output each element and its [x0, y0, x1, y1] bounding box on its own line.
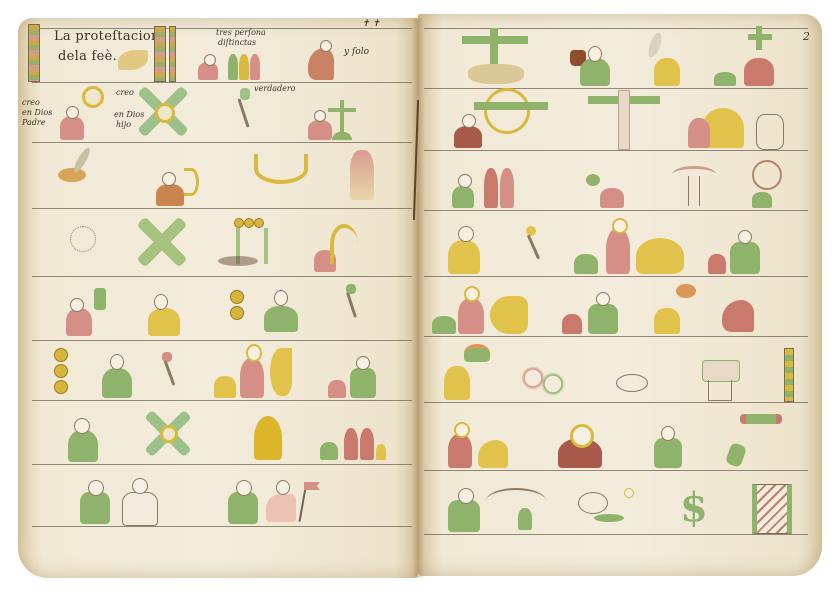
coin-icon — [230, 290, 244, 304]
torch-handle — [237, 98, 249, 127]
decorative-border-icon — [784, 348, 794, 402]
ruling-line — [32, 208, 412, 209]
flower-bouquet-icon — [518, 366, 568, 396]
flowered-vessel-icon — [702, 360, 740, 382]
host-icon — [160, 425, 178, 443]
ruling-line — [32, 400, 412, 401]
moon-figure-icon — [270, 348, 292, 396]
flowers-icon — [70, 226, 96, 252]
banner-flag — [304, 482, 320, 490]
flower-bud-icon — [244, 218, 254, 228]
figure-head — [274, 290, 288, 306]
serpent-on-cross-icon: $ — [680, 486, 708, 530]
kneeling-figure-icon — [454, 126, 482, 148]
cross-base — [332, 132, 352, 140]
saint-with-palm-icon — [350, 150, 374, 200]
ruling-line — [32, 526, 412, 527]
ruling-line — [32, 82, 412, 83]
yellow-tomb-icon — [254, 416, 282, 460]
pink-figure-icon — [484, 168, 498, 208]
figure-head — [74, 418, 90, 434]
ruling-line — [424, 88, 808, 89]
decorative-border-icon — [28, 24, 40, 82]
haloed-green-figure-icon — [228, 492, 258, 524]
person-icon — [239, 54, 249, 80]
flower-hat-icon — [58, 168, 86, 182]
green-cross-icon — [340, 100, 344, 136]
seated-figure-icon — [156, 184, 184, 206]
moon-figure-icon — [490, 296, 528, 334]
cross-post — [756, 26, 762, 50]
figure-head — [454, 422, 470, 438]
cross-beam — [474, 102, 548, 110]
haloed-green-figure-icon — [448, 500, 480, 532]
haloed-head — [458, 488, 474, 504]
haloed-green-figure-icon — [654, 438, 682, 468]
figure-with-bird-icon — [600, 188, 624, 208]
ruling-line — [424, 336, 808, 337]
christ-body — [618, 90, 630, 150]
ruling-line — [424, 210, 808, 211]
angel-wing — [646, 31, 664, 59]
left-page: La proteſtacion dela feè. tres perſona d… — [18, 18, 418, 578]
small-animal-icon — [616, 374, 648, 392]
flower-bud-icon — [624, 488, 634, 498]
crowned-mary-icon — [240, 358, 264, 398]
kneeling-figure-icon — [320, 442, 338, 460]
kneeling-figure-icon — [562, 314, 582, 334]
figure-head — [320, 40, 332, 52]
praying-figure-icon — [328, 380, 346, 398]
arch-icon — [330, 224, 358, 264]
haloed-green-figure-icon — [730, 242, 760, 274]
ruling-line — [424, 534, 808, 535]
winged-angel-icon — [486, 488, 546, 514]
kneeling-figure-icon — [708, 254, 726, 274]
crowned-head — [464, 286, 480, 302]
risen-christ-banner-icon — [448, 434, 472, 468]
figure-head — [588, 46, 602, 62]
kneeling-figure-icon — [214, 376, 236, 398]
flower-bouquet-icon — [676, 284, 696, 298]
crucifix-halo-icon — [484, 88, 530, 134]
haloed-head — [570, 424, 594, 448]
praying-angel-icon — [654, 58, 680, 86]
figure-head — [154, 294, 168, 310]
crowned-head — [612, 218, 628, 234]
haloed-head — [236, 480, 252, 496]
group-figure-icon — [376, 444, 386, 460]
bird-body — [688, 176, 700, 206]
sun-host-icon — [82, 86, 104, 108]
hat-icon — [464, 344, 490, 362]
coin-icon — [54, 348, 68, 362]
figure-with-jar-icon — [580, 58, 610, 86]
animal-base — [594, 514, 624, 522]
haloed-head — [738, 230, 752, 244]
haloed-head — [88, 480, 104, 496]
haloed-green-figure-icon — [80, 492, 110, 524]
green-figure-icon — [102, 368, 132, 398]
figure-head — [276, 480, 290, 495]
green-figure-icon — [432, 316, 456, 334]
moon-creature-icon — [478, 440, 508, 468]
dove-icon — [118, 50, 148, 70]
crowned-head — [246, 344, 262, 362]
person-icon — [228, 54, 238, 80]
pointing-hand-icon — [740, 414, 782, 424]
green-figure-icon — [264, 306, 298, 332]
pink-figure-icon — [722, 300, 754, 332]
hand-sleeve — [725, 442, 748, 468]
yellow-figure-with-hat-icon — [444, 366, 470, 400]
caption-distinctas: diſtinctas — [218, 38, 256, 47]
decorative-border-icon — [154, 26, 166, 82]
ruling-line — [424, 402, 808, 403]
ruling-line — [424, 28, 808, 29]
ruling-line — [32, 142, 412, 143]
seated-owl-figures-icon — [756, 114, 784, 150]
caption-tres-personas: tres perſona — [216, 28, 266, 37]
seated-yellow-figure-icon — [148, 308, 180, 336]
crowd-icon — [468, 64, 524, 84]
vessel-base — [708, 380, 732, 401]
figure-head — [204, 54, 216, 66]
flower-bud-icon — [254, 218, 264, 228]
green-cross-arm — [328, 108, 356, 112]
coin-icon — [54, 380, 68, 394]
moon-icon — [184, 168, 199, 196]
haloed-head — [596, 292, 610, 306]
heading-line-2: dela feè. — [58, 48, 117, 66]
figure-icon — [744, 58, 774, 86]
figure-icon — [688, 118, 710, 148]
host-icon — [155, 103, 175, 123]
torch-handle — [346, 292, 357, 318]
kneeling-figure-icon — [308, 120, 332, 140]
person-icon — [250, 54, 260, 80]
green-figure-icon — [68, 430, 98, 462]
torch-icon — [240, 88, 250, 100]
ruling-line — [32, 276, 412, 277]
ruling-line — [424, 470, 808, 471]
praying-figure-icon — [308, 48, 334, 80]
folio-number: 2 — [803, 30, 810, 43]
figure-head — [462, 114, 476, 128]
haloed-head — [661, 426, 675, 441]
figure-head — [314, 110, 326, 122]
torch-handle — [527, 235, 540, 260]
caption-padre: Padre — [22, 118, 45, 127]
cross-post — [490, 28, 498, 68]
bird-icon — [586, 174, 600, 186]
sun-face-icon — [752, 160, 782, 190]
coin-icon — [54, 364, 68, 378]
green-figure-icon — [452, 186, 474, 208]
kneeling-figure-icon — [60, 116, 84, 140]
figure-head — [70, 298, 84, 312]
caption-creo: creo — [22, 98, 40, 107]
ruling-line — [32, 340, 412, 341]
torch-handle — [164, 360, 176, 385]
figure-icon — [714, 72, 736, 86]
decorative-border-icon — [169, 26, 176, 82]
ruling-line — [424, 150, 808, 151]
decorative-border-icon — [752, 484, 792, 534]
haloed-green-figure-icon — [350, 368, 376, 398]
ruling-line — [424, 276, 808, 277]
heading-line-1: La proteſtacion — [54, 28, 160, 46]
caption-hijo: hijo — [116, 120, 131, 129]
figure-head — [66, 106, 79, 119]
coin-icon — [230, 306, 244, 320]
cross-cloud-icon: ✝ ✝ — [362, 20, 380, 29]
risen-christ-banner-icon — [266, 494, 296, 522]
haloed-head — [356, 356, 370, 370]
garland-icon — [254, 154, 308, 184]
figure-head — [458, 226, 474, 242]
small-animal-flower-icon — [578, 492, 608, 514]
right-page: 2 — [418, 14, 822, 576]
caption-verdadero: verdadero — [254, 84, 295, 93]
crowned-figure-icon — [458, 298, 484, 334]
group-figure-icon — [360, 428, 374, 460]
figure-icon — [752, 192, 772, 208]
caption-y-solo: y ſolo — [344, 48, 369, 57]
ruling-line — [32, 464, 412, 465]
flower-icon — [94, 288, 106, 310]
group-figure-icon — [344, 428, 358, 460]
yellow-figure-with-flowers-icon — [654, 308, 680, 334]
pink-figure-icon — [500, 168, 514, 208]
figure-head — [458, 174, 472, 188]
hooded-figure-icon — [122, 492, 158, 526]
haloed-green-figure-icon — [588, 304, 618, 334]
ink-stain — [218, 256, 258, 266]
yellow-seated-figure-icon — [448, 240, 480, 274]
moon-creature-icon — [636, 238, 684, 274]
figure-head — [110, 354, 124, 370]
kneeling-figure-icon — [66, 308, 92, 336]
caption-creo-2: creo — [116, 88, 134, 97]
green-figure-icon — [574, 254, 598, 274]
crowned-figure-icon — [606, 228, 630, 274]
caption-en-dios-2: en Dios — [114, 110, 144, 119]
flower-bud-icon — [234, 218, 244, 228]
figure-head — [132, 478, 148, 494]
angel-body — [518, 508, 532, 530]
caption-en-dios: en Dios — [22, 108, 52, 117]
figure-head — [162, 172, 176, 186]
